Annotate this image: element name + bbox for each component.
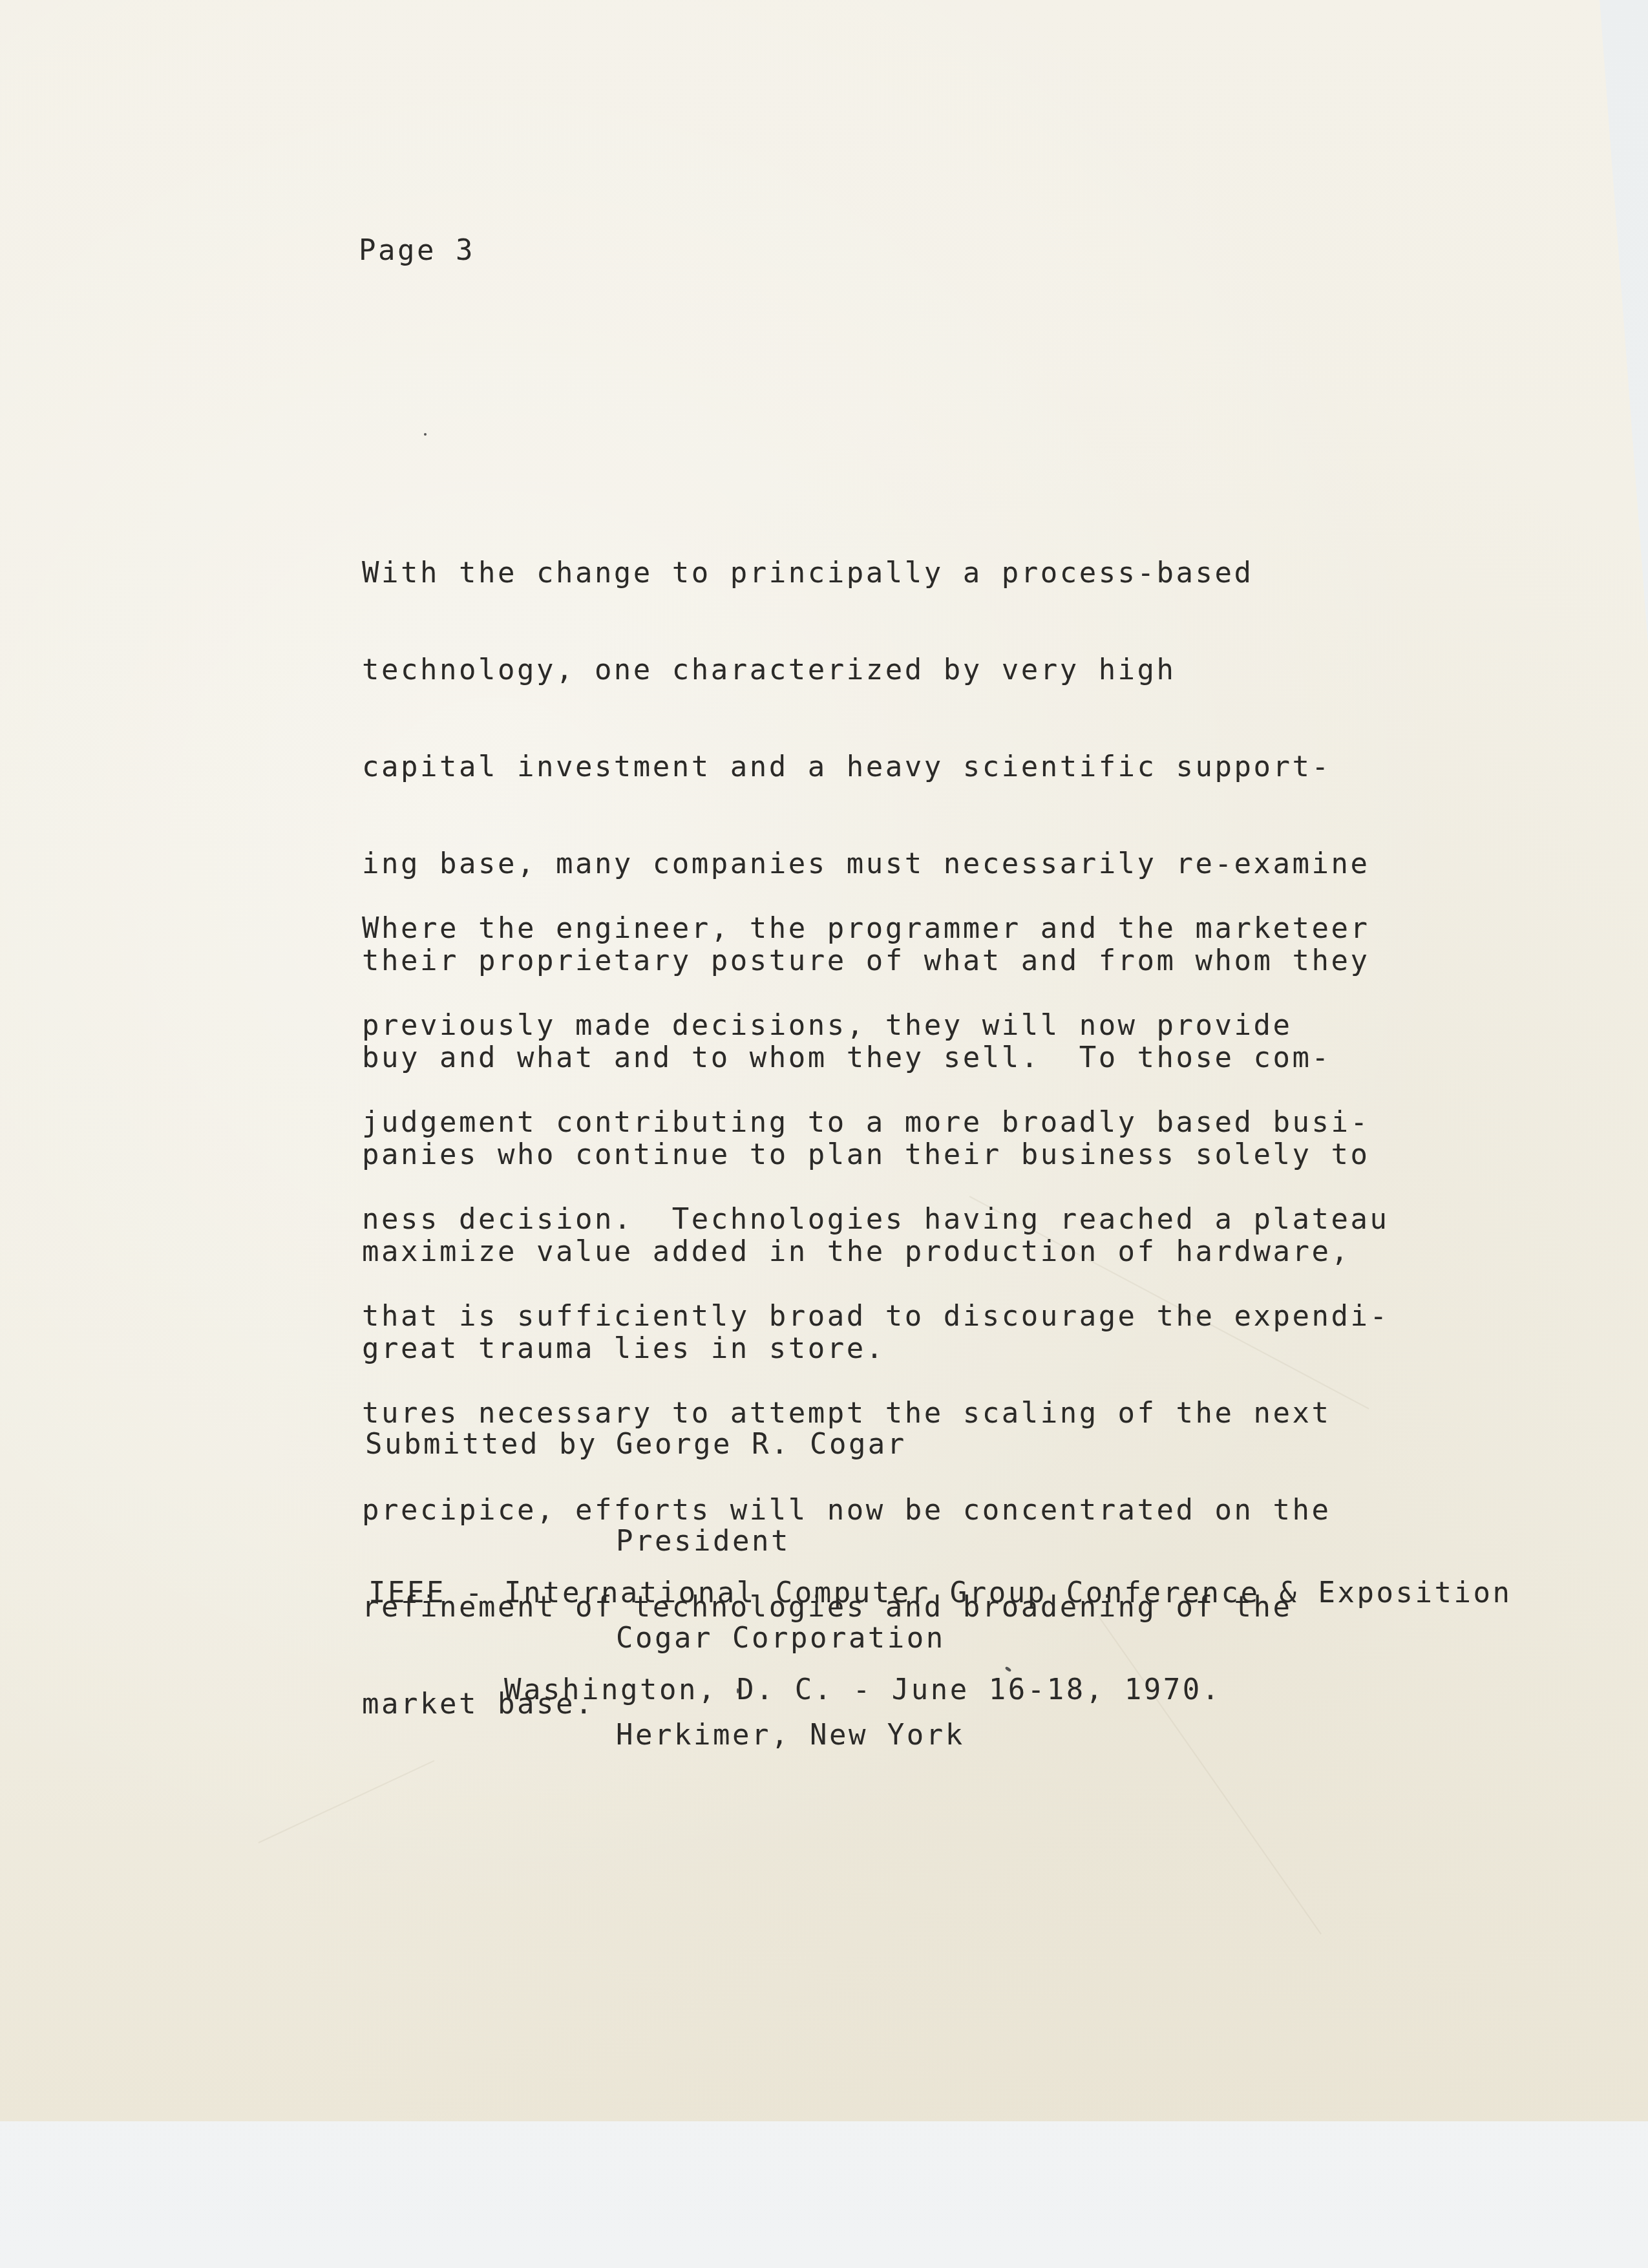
submitted-by-label: Submitted by [365,1428,616,1461]
conference-name: IEEE - International Computer Group Conf… [368,1577,1512,1609]
conference-info: IEEE - International Computer Group Conf… [368,1512,1512,1739]
paragraph-line: capital investment and a heavy scientifi… [362,751,1370,783]
paragraph-line: ness decision. Technologies having reach… [362,1203,1389,1236]
page-number: Page 3 [359,235,475,267]
paragraph-line: Where the engineer, the programmer and t… [362,913,1389,945]
paragraph-line: technology, one characterized by very hi… [362,654,1370,686]
ink-speck [424,433,427,436]
author-name: George R. Cogar [616,1428,907,1461]
signature-line-name: Submitted byGeorge R. Cogar [365,1428,965,1461]
paragraph-line: judgement contributing to a more broadly… [362,1107,1389,1139]
conference-location-date-text: Washington, D. C. - June 16-18, 1970. [504,1673,1221,1706]
conference-location-date: Washington, D. C. - June 16-18, 1970. [368,1674,1512,1706]
paragraph-line: With the change to principally a process… [362,557,1370,589]
paragraph-line: previously made decisions, they will now… [362,1010,1389,1042]
paragraph-line: that is sufficiently broad to discourage… [362,1300,1389,1333]
